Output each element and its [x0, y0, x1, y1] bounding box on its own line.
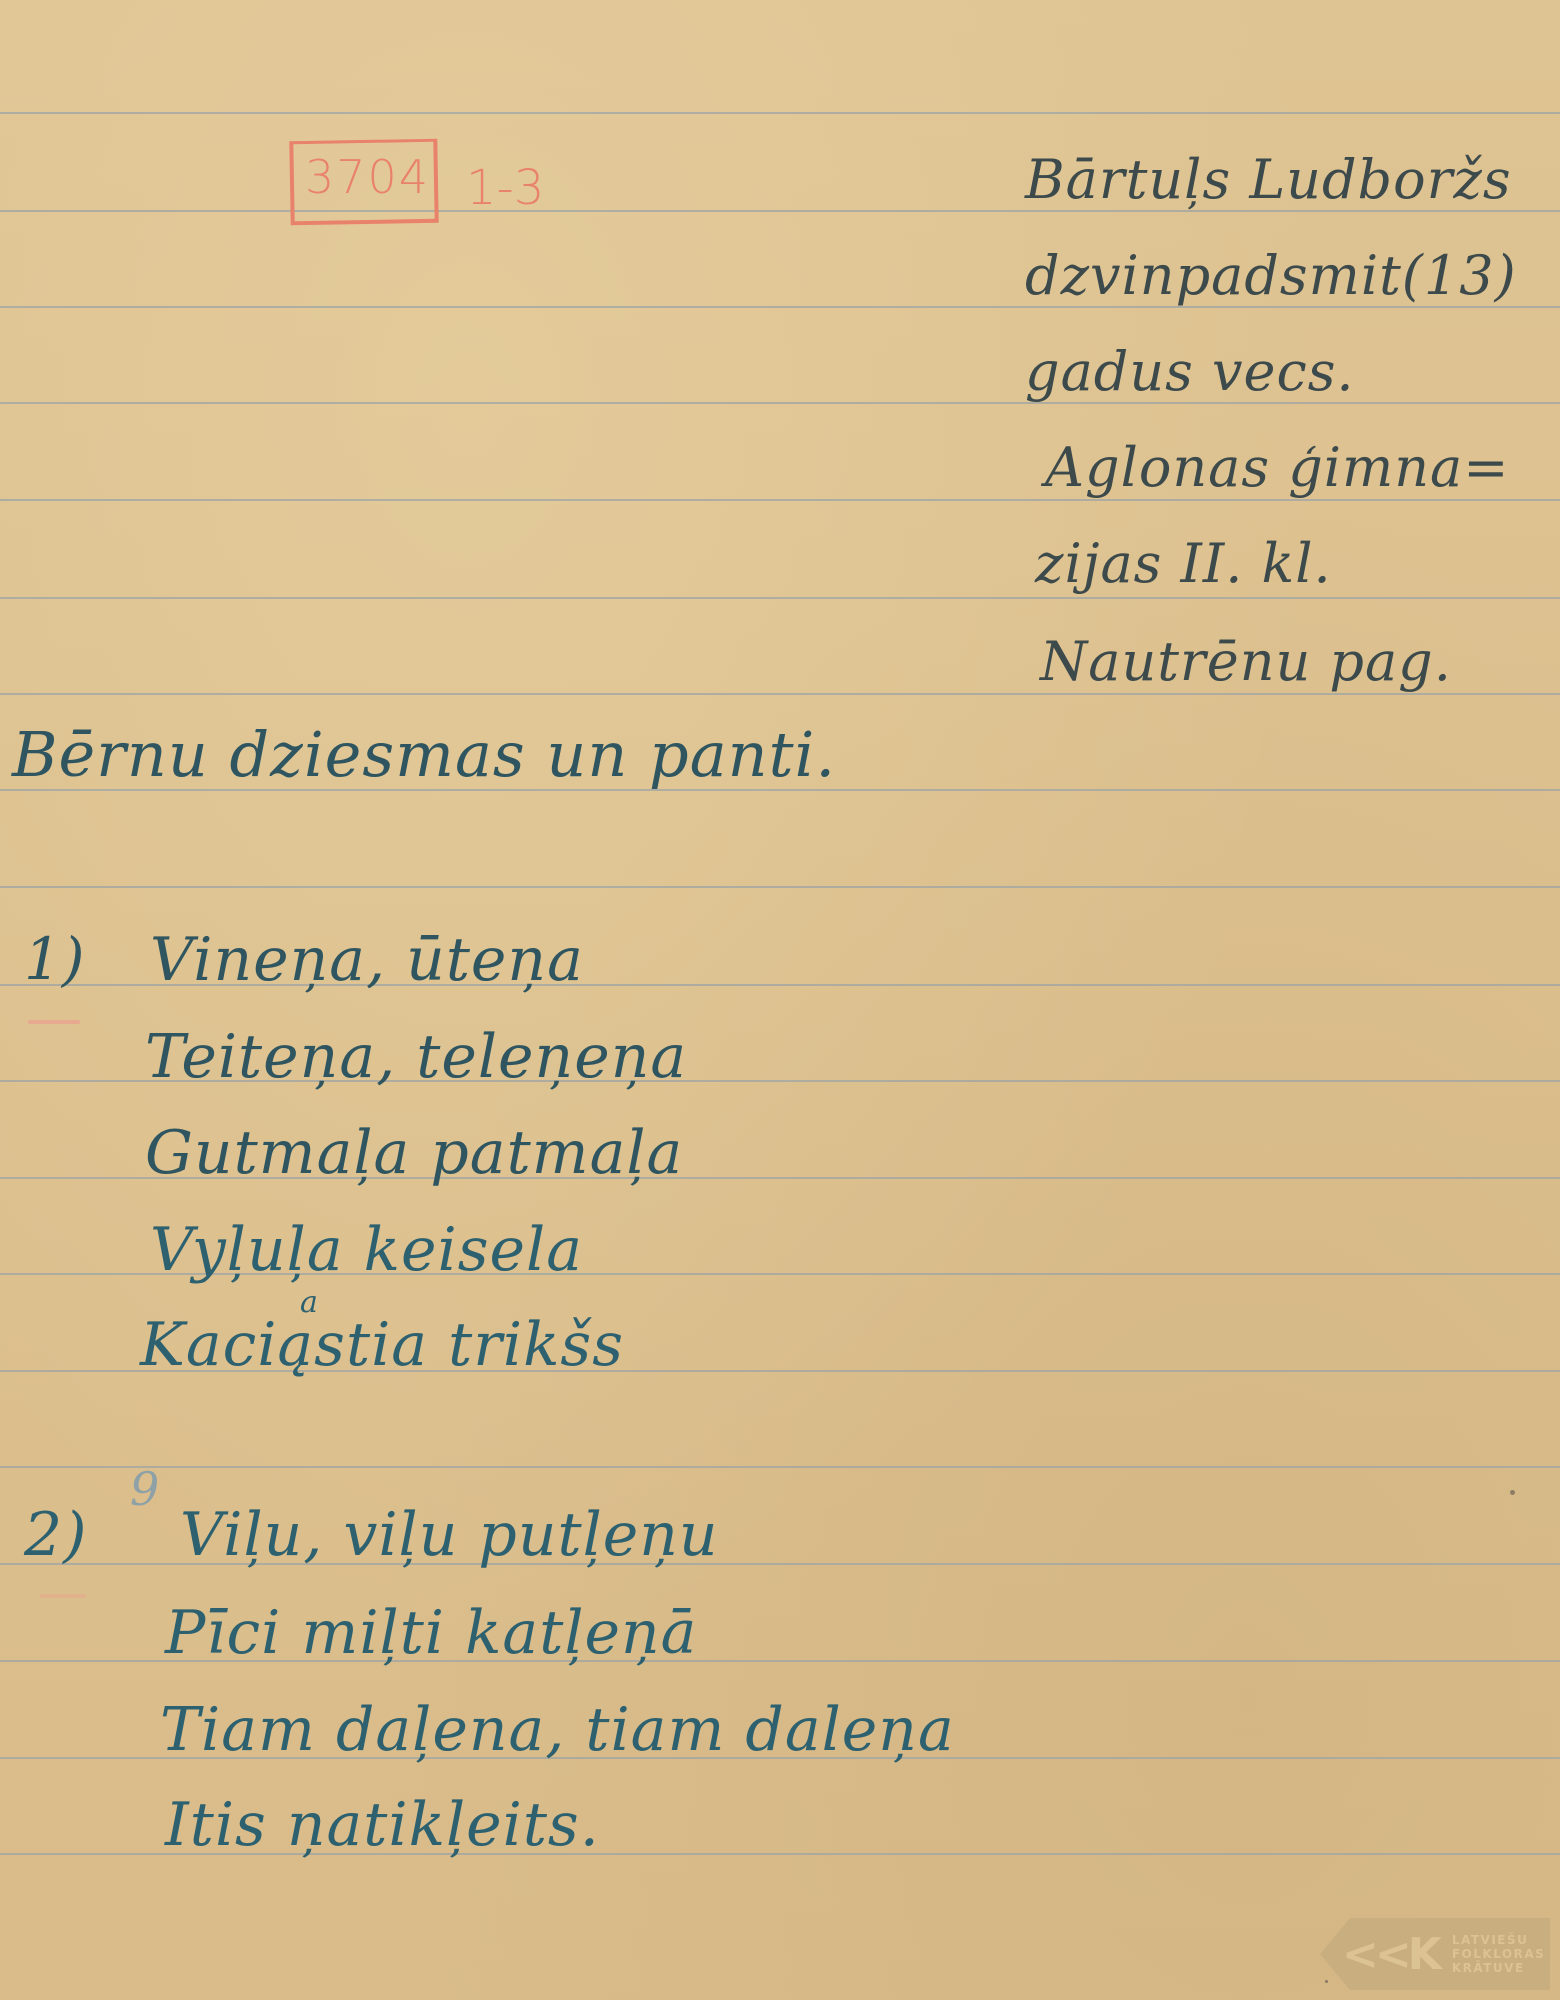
logo-line: KRĀTUVE: [1452, 1961, 1545, 1975]
song-line: Kaciąstia trikšs: [140, 1310, 624, 1380]
ruled-line: [0, 886, 1560, 888]
archive-page-range: 1-3: [466, 160, 544, 216]
song-line: Gutmaļa patmaļa: [145, 1118, 683, 1188]
song-line: Vineņa, ūteņa: [150, 925, 584, 995]
song-line: Teiteņa, teleņeņa: [145, 1022, 687, 1092]
informant-age-suffix: gadus vecs.: [1025, 340, 1355, 403]
song-line: Vyļuļa keisela: [150, 1215, 583, 1285]
song-line: Viļu, viļu putļeņu: [180, 1500, 719, 1570]
logo-line: FOLKLORAS: [1452, 1947, 1545, 1961]
informant-parish: Nautrēnu pag.: [1040, 630, 1452, 693]
informant-school: Aglonas ģimna=: [1045, 436, 1509, 499]
ruled-line: [0, 597, 1560, 599]
song-line: Tiam daļena, tiam daleņa: [160, 1695, 955, 1765]
manuscript-page: 3704 1-3 Bārtuļs Ludboržs dzvinpadsmit(1…: [0, 0, 1560, 2000]
ruled-line: [0, 693, 1560, 695]
red-pencil-mark: [28, 1020, 80, 1024]
song-number: 1): [24, 925, 86, 993]
ruled-line: [0, 499, 1560, 501]
song-line: Itis ņatikļeits.: [165, 1790, 600, 1860]
logo-text: LATVIEŠU FOLKLORAS KRĀTUVE: [1452, 1933, 1545, 1975]
informant-age: dzvinpadsmit(13): [1025, 244, 1517, 307]
archive-number: 3704: [305, 150, 430, 204]
pencil-margin-mark: 9: [130, 1462, 160, 1516]
paper-speck: [1510, 1490, 1515, 1495]
logo-chevron-k-icon: <<K: [1342, 1929, 1438, 1980]
folklore-archive-logo: <<K LATVIEŠU FOLKLORAS KRĀTUVE: [1320, 1918, 1550, 1990]
ruled-line: [0, 112, 1560, 114]
collection-title: Bērnu dziesmas un panti.: [12, 718, 836, 791]
song-number: 2): [24, 1500, 88, 1570]
ruled-line: [0, 1466, 1560, 1468]
song-line: Pīci miļti katļeņā: [165, 1598, 697, 1668]
red-pencil-mark: [40, 1594, 86, 1598]
logo-line: LATVIEŠU: [1452, 1933, 1545, 1947]
informant-class: zijas II. kl.: [1035, 532, 1332, 595]
informant-name: Bārtuļs Ludboržs: [1025, 148, 1512, 211]
